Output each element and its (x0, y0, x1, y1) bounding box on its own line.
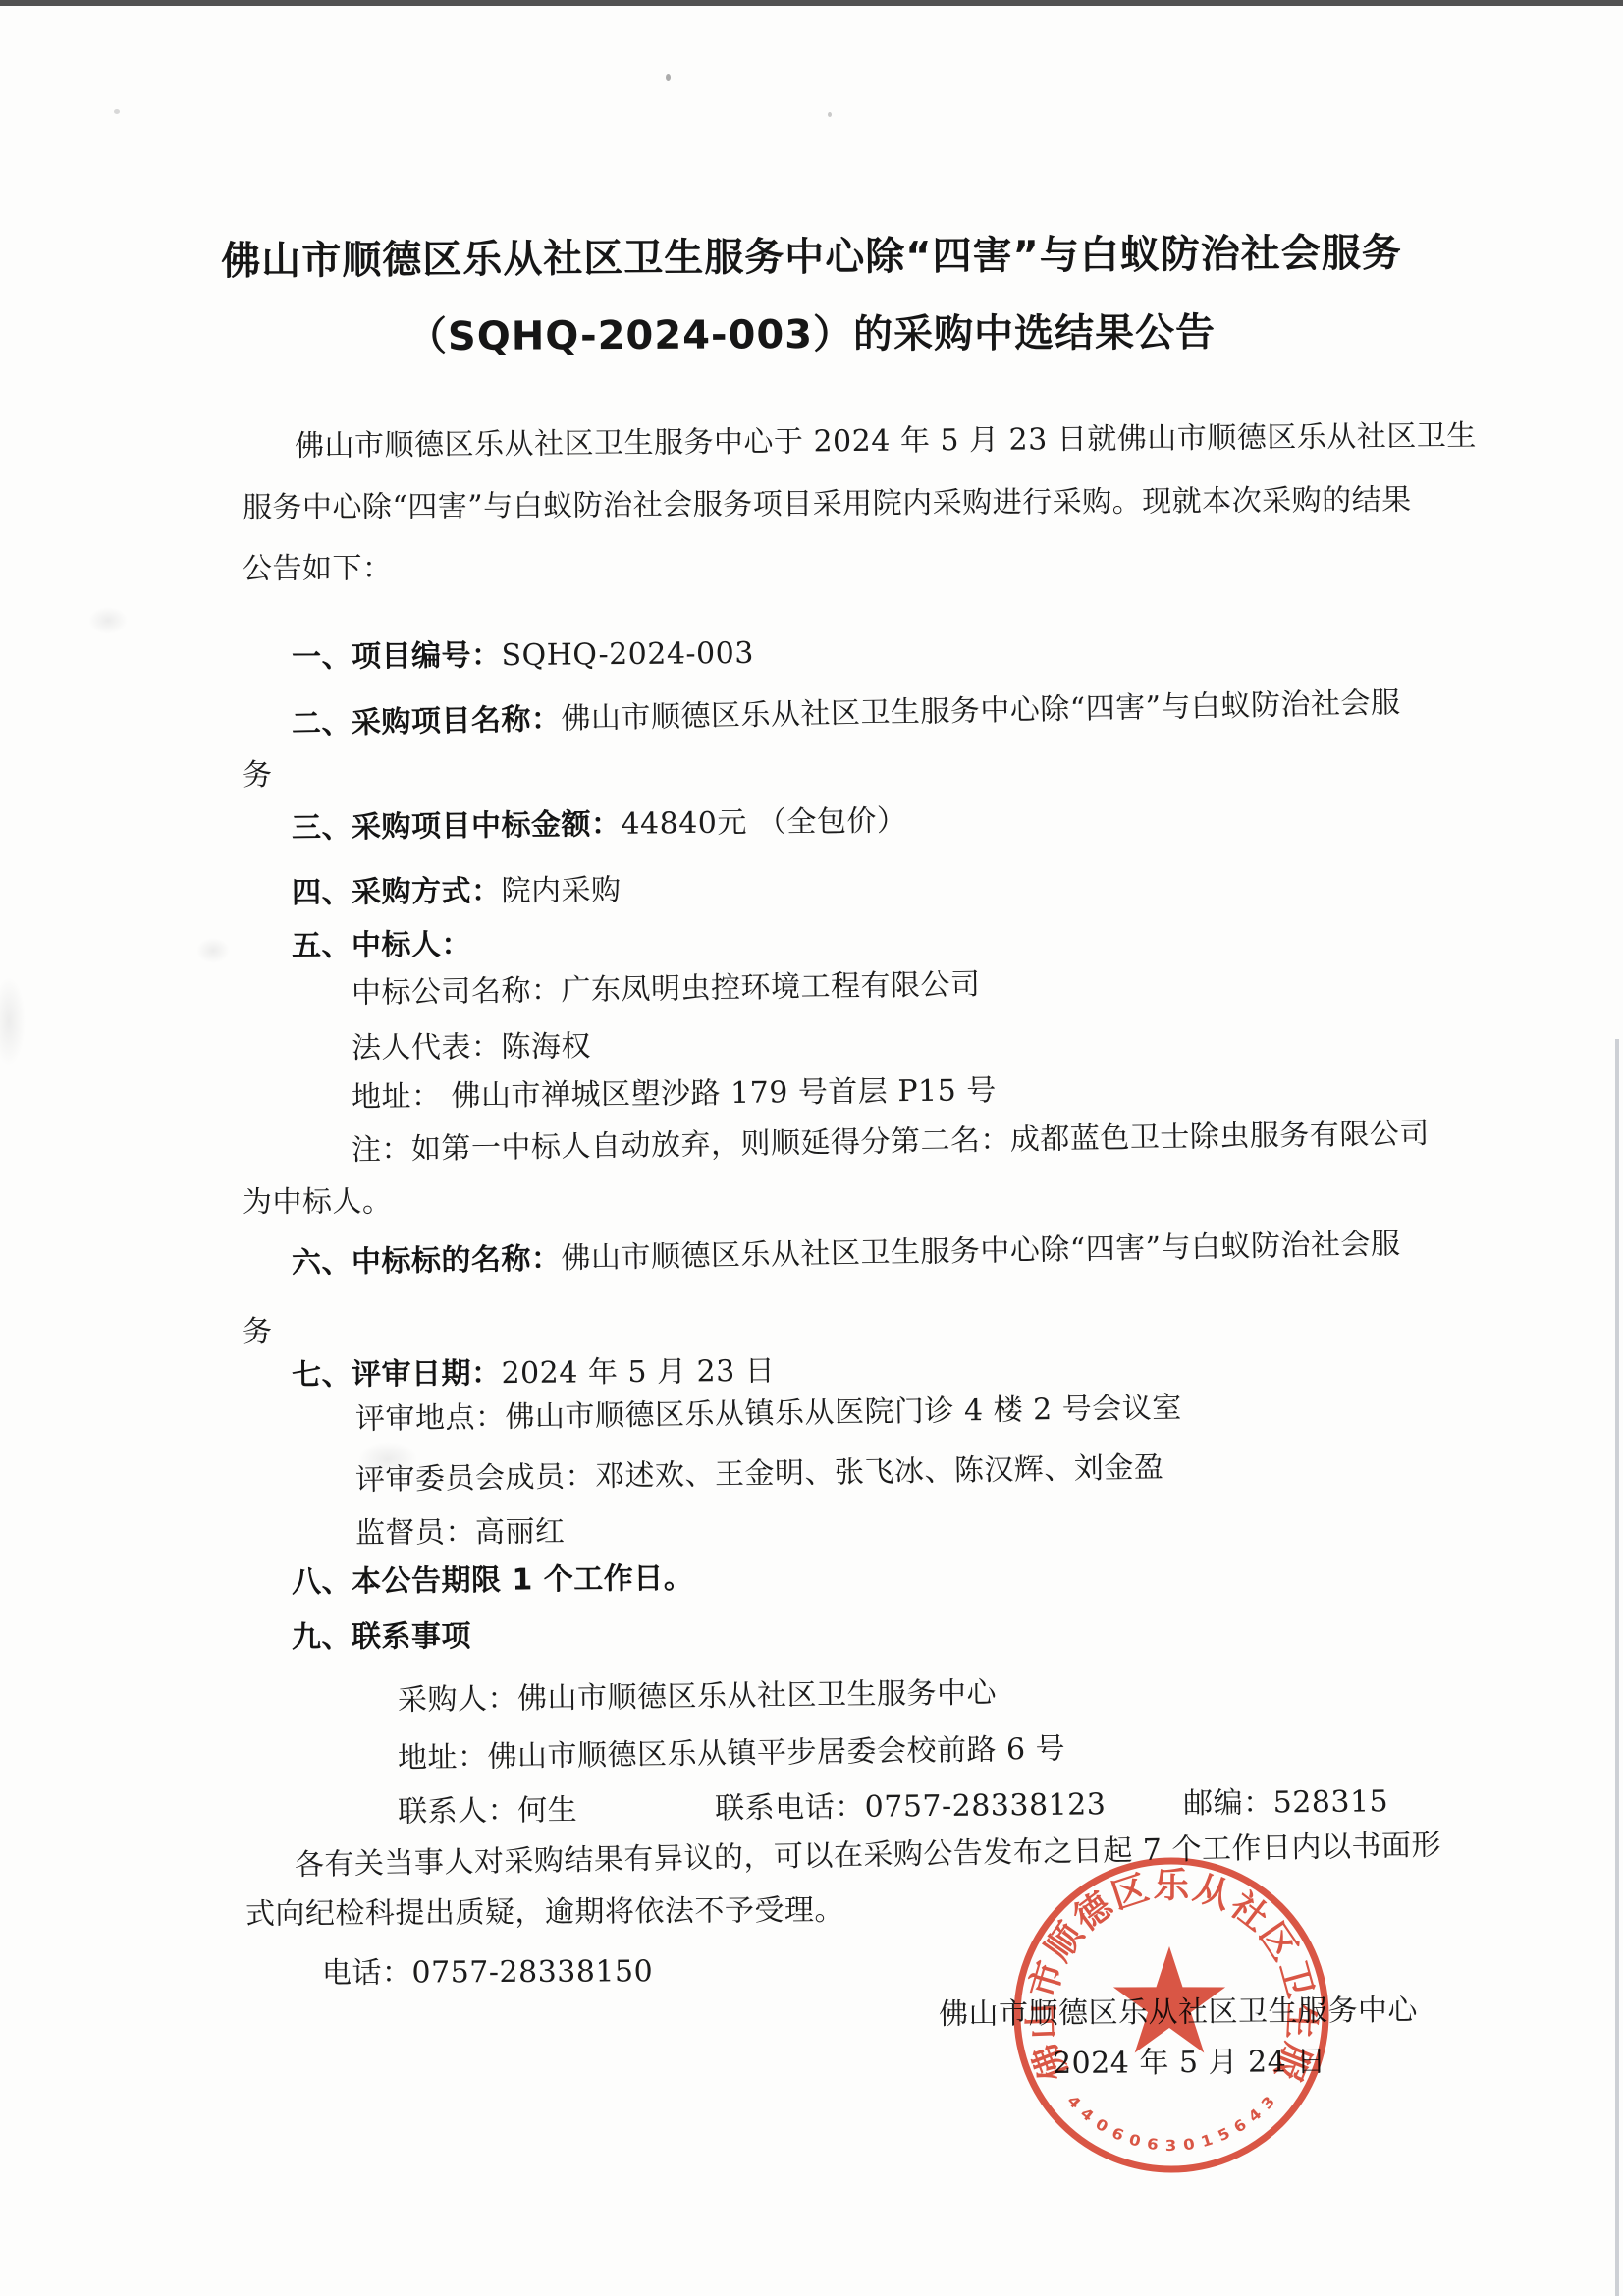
item-review-date: 七、评审日期：2024 年 5 月 23 日 (292, 1350, 776, 1397)
document-page: 佛山市顺德区乐从社区卫生服务中心除“四害”与白蚁防治社会服务 （SQHQ-202… (0, 0, 1623, 2296)
item-project-number-value: SQHQ-2024-003 (501, 636, 754, 673)
item-review-date-label: 七、评审日期： (292, 1356, 502, 1393)
intro-line-1: 佛山市顺德区乐从社区卫生服务中心于 2024 年 5 月 23 日就佛山市顺德区… (295, 414, 1477, 468)
review-committee: 评审委员会成员：邓述欢、王金明、张飞冰、陈汉辉、刘金盈 (355, 1447, 1164, 1503)
item-award-amount: 三、采购项目中标金额：44840元 （全包价） (292, 799, 907, 850)
item-project-name-wrap: 务 (243, 754, 273, 797)
objection-line-2: 式向纪检科提出质疑，逾期将依法不予受理。 (245, 1889, 844, 1937)
item-notice-period-label: 八、本公告期限 1 个工作日。 (292, 1561, 694, 1600)
scan-top-edge (0, 0, 1623, 6)
item-project-name-value: 佛山市顺德区乐从社区卫生服务中心除“四害”与白蚁防治社会服 (561, 685, 1401, 736)
scan-smudge (196, 938, 230, 963)
item-notice-period: 八、本公告期限 1 个工作日。 (292, 1558, 694, 1605)
purchaser: 采购人：佛山市顺德区乐从社区卫生服务中心 (398, 1672, 997, 1722)
contact-row: 联系人：何生 联系电话：0757-28338123 邮编：528315 (0, 1778, 1623, 1795)
objection-phone: 电话：0757-28338150 (322, 1950, 653, 1995)
winner-address: 地址： 佛山市禅城区塱沙路 179 号首层 P15 号 (352, 1069, 997, 1120)
contact-person: 联系人：何生 (398, 1789, 577, 1834)
page-title-line2: （SQHQ-2024-003）的采购中选结果公告 (0, 300, 1623, 364)
item-subject-name: 六、中标标的名称：佛山市顺德区乐从社区卫生服务中心除“四害”与白蚁防治社会服 (292, 1223, 1401, 1285)
item-project-name: 二、采购项目名称：佛山市顺德区乐从社区卫生服务中心除“四害”与白蚁防治社会服 (292, 682, 1401, 746)
intro-line-3: 公告如下： (243, 547, 393, 591)
winner-company: 中标公司名称：广东凤明虫控环境工程有限公司 (352, 963, 981, 1015)
item-procurement-method-value: 院内采购 (501, 873, 621, 908)
contact-address: 地址：佛山市顺德区乐从镇平步居委会校前路 6 号 (398, 1728, 1066, 1780)
scan-speck (828, 112, 832, 117)
item-subject-name-wrap: 务 (243, 1311, 273, 1354)
intro-line-2: 服务中心除“四害”与白蚁防治社会服务项目采用院内采购进行采购。现就本次采购的结果 (243, 479, 1412, 530)
item-procurement-method: 四、采购方式：院内采购 (292, 869, 622, 915)
stamp-star-icon (1113, 1946, 1225, 2053)
legal-representative: 法人代表：陈海权 (352, 1025, 591, 1070)
note-line-1: 注：如第一中标人自动放弃，则顺延得分第二名：成都蓝色卫士除虫服务有限公司 (352, 1113, 1431, 1173)
item-contact-heading-label: 九、联系事项 (292, 1619, 471, 1655)
scanned-procurement-announcement: { "document": { "title_line1": "佛山市顺德区乐从… (0, 0, 1623, 2296)
item-contact-heading: 九、联系事项 (292, 1615, 471, 1660)
contact-phone: 联系电话：0757-28338123 (715, 1783, 1107, 1831)
stamp-arc-text: 佛山市顺德区乐从社区卫生服务中心 (995, 1838, 1322, 2088)
item-subject-name-label: 六、中标标的名称： (292, 1241, 562, 1281)
scan-speck (114, 109, 120, 114)
item-review-date-value: 2024 年 5 月 23 日 (501, 1354, 775, 1391)
scan-smudge (88, 607, 128, 634)
item-award-amount-label: 三、采购项目中标金额： (292, 807, 622, 846)
item-subject-name-value: 佛山市顺德区乐从社区卫生服务中心除“四害”与白蚁防治社会服 (561, 1227, 1401, 1276)
scan-speck (666, 74, 671, 81)
item-procurement-method-label: 四、采购方式： (292, 874, 502, 910)
item-winner-heading: 五、中标人： (292, 924, 471, 968)
official-stamp: 佛山市顺德区乐从社区卫生服务中心 4406063015643 (995, 1838, 1348, 2192)
item-award-amount-value: 44840元 （全包价） (621, 803, 906, 842)
stamp-arc-text-holder: 佛山市顺德区乐从社区卫生服务中心 (995, 1838, 1322, 2088)
item-project-number-label: 一、项目编号： (292, 638, 502, 675)
supervisor: 监督员：高丽红 (355, 1511, 566, 1556)
page-title-line1: 佛山市顺德区乐从社区卫生服务中心除“四害”与白蚁防治社会服务 (0, 220, 1623, 288)
scan-smudge (0, 977, 26, 1066)
postal-code: 邮编：528315 (1183, 1780, 1388, 1826)
item-winner-heading-label: 五、中标人： (292, 928, 471, 963)
item-project-name-label: 二、采购项目名称： (292, 702, 562, 741)
note-line-2: 为中标人。 (243, 1180, 393, 1225)
item-project-number: 一、项目编号：SQHQ-2024-003 (292, 632, 754, 680)
scan-right-edge (1615, 1039, 1619, 2296)
